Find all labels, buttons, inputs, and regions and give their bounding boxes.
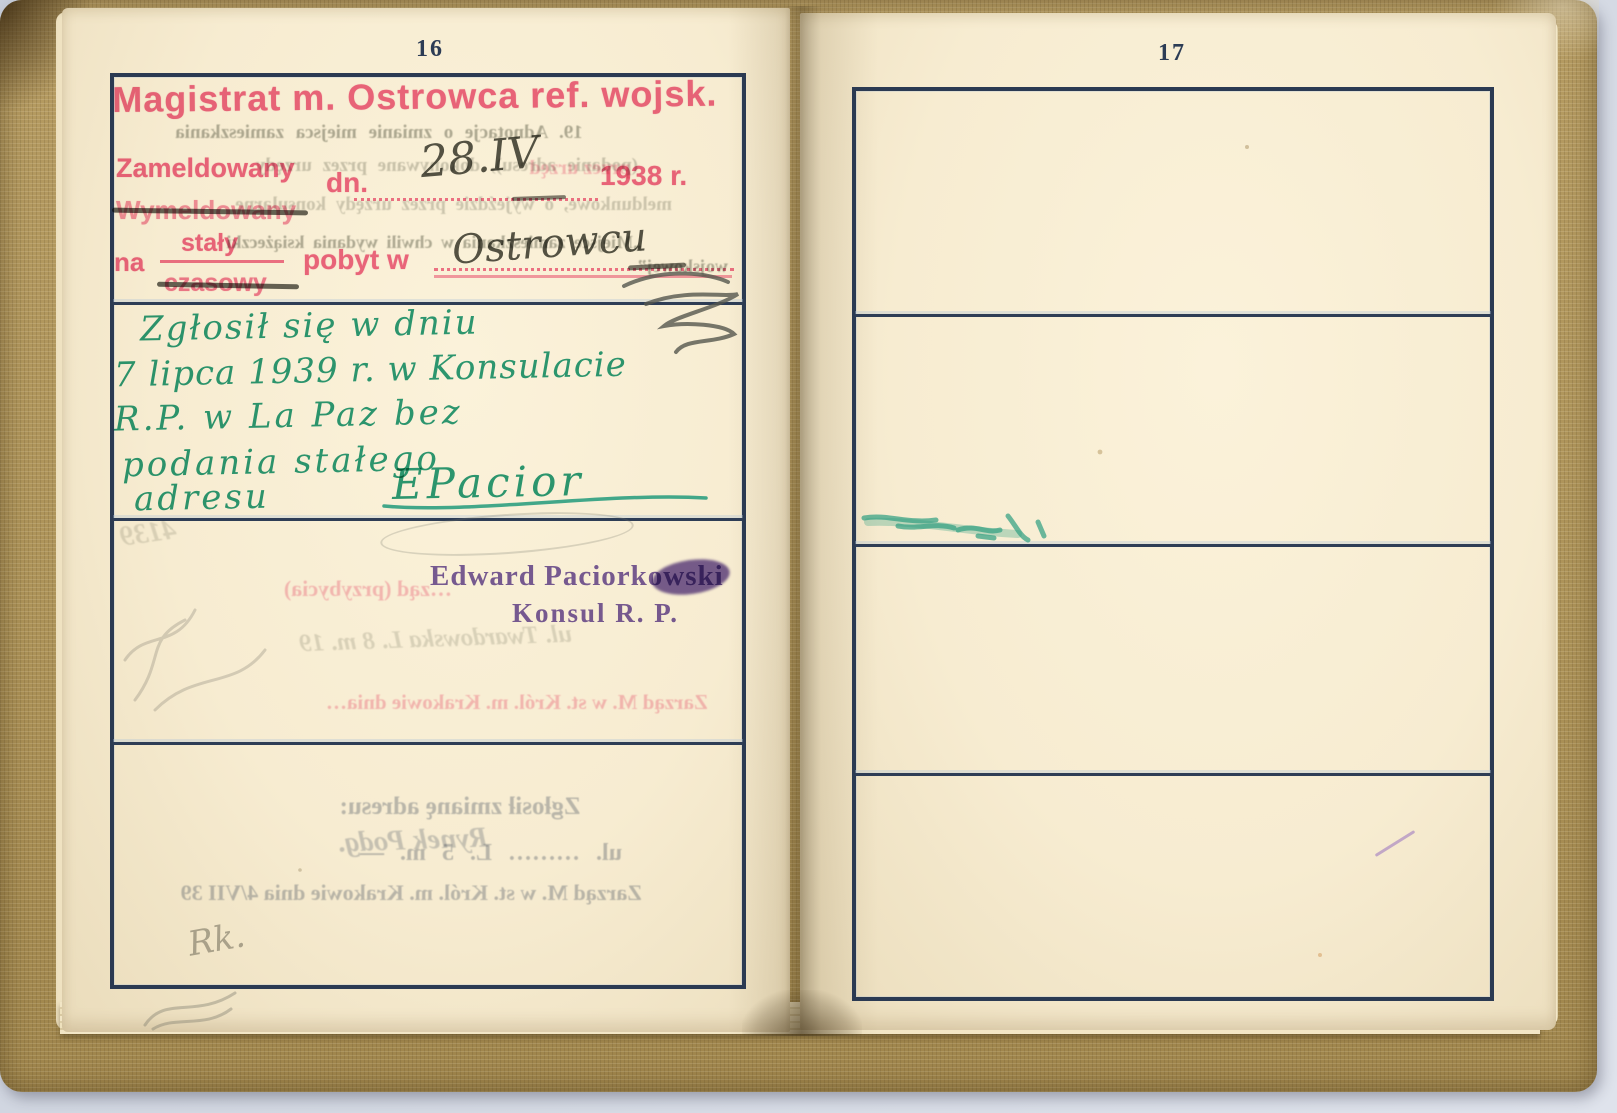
city-dotted-line-2 [434,275,732,278]
na-label: na [114,247,144,278]
stay-label: pobyt w [303,244,409,276]
bleedthrough-zarzad-bottom: Zarząd M. w st. Król. m. Krakowie dnia 4… [142,880,642,906]
scanned-military-booklet: 16 19. Adnotacje o zmianie miejsca zamie… [0,0,1617,1113]
bleedthrough-line-1: 19. Adnotacje o zmianie miejsca zamieszk… [134,122,624,144]
bleedthrough-przybycia: …ząd (przybycia) [192,576,452,602]
consul-signature: EPacior [392,456,585,509]
bleedthrough-zarzad-mid: Zarząd M. w st. Król. m. Krakowie dnia… [238,690,708,715]
right-divider-3 [855,773,1491,776]
magistrat-stamp-title: Magistrat m. Ostrowca ref. wojsk. [112,72,738,121]
left-divider-2 [113,518,743,521]
right-divider-1 [855,314,1491,317]
city-dotted-line-1 [434,244,734,271]
printed-year: 1938 r. [600,160,687,192]
bleedthrough-zmiana-adresu: Zgłosił zmianę adresu: [300,793,620,821]
registered-label: Zameldowany [116,153,295,184]
consulate-note-line5: adresu [134,477,271,520]
consulate-note-line1: Zgłosił się w dniu [140,302,479,349]
staly-underline [160,260,284,263]
permanent-label: stały [181,229,238,258]
handwritten-date: 28.IV [418,127,541,188]
left-divider-3 [113,742,743,745]
right-divider-2 [855,544,1491,547]
right-rulebox [852,87,1494,1001]
consul-stamp-title: Konsul R. P. [512,598,679,629]
consulate-note-line3: R.P. w La Paz bez [114,392,463,439]
left-page-number: 16 [416,36,444,63]
right-page-number: 17 [1158,40,1186,67]
